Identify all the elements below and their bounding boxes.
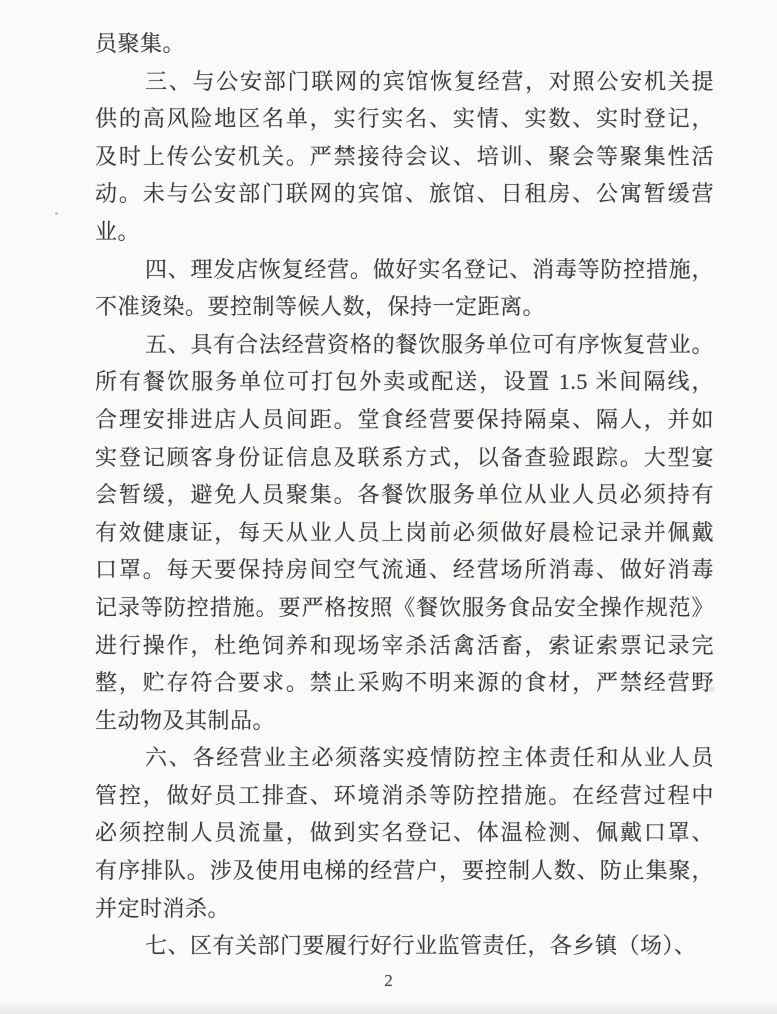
text-line: 五、具有合法经营资格的餐饮服务单位可有序恢复营业。 <box>95 326 714 364</box>
scan-speck <box>709 686 715 692</box>
text-line: 并定时消杀。 <box>95 890 714 928</box>
text-line: 有序排队。涉及使用电梯的经营户，要控制人数、防止集聚， <box>95 852 714 890</box>
scan-speck <box>55 212 58 215</box>
text-line: 实登记顾客身份证信息及联系方式，以备查验跟踪。大型宴 <box>95 439 714 477</box>
document-body: 员聚集。三、与公安部门联网的宾馆恢复经营，对照公安机关提供的高风险地区名单，实行… <box>95 25 714 965</box>
text-line: 业。 <box>95 213 714 251</box>
text-line: 四、理发店恢复经营。做好实名登记、消毒等防控措施， <box>95 251 714 289</box>
text-line: 生动物及其制品。 <box>95 702 714 740</box>
text-line: 所有餐饮服务单位可打包外卖或配送，设置 1.5 米间隔线， <box>95 363 714 401</box>
text-line: 整，贮存符合要求。禁止采购不明来源的食材，严禁经营野 <box>95 664 714 702</box>
text-line: 记录等防控措施。要严格按照《餐饮服务食品安全操作规范》 <box>95 589 714 627</box>
text-line: 供的高风险地区名单，实行实名、实情、实数、实时登记， <box>95 100 714 138</box>
text-line: 六、各经营业主必须落实疫情防控主体责任和从业人员 <box>95 739 714 777</box>
text-line: 动。未与公安部门联网的宾馆、旅馆、日租房、公寓暂缓营 <box>95 175 714 213</box>
page-number: 2 <box>0 971 777 991</box>
text-line: 进行操作，杜绝饲养和现场宰杀活禽活畜，索证索票记录完 <box>95 627 714 665</box>
text-line: 有效健康证，每天从业人员上岗前必须做好晨检记录并佩戴 <box>95 514 714 552</box>
text-line: 合理安排进店人员间距。堂食经营要保持隔桌、隔人，并如 <box>95 401 714 439</box>
document-page: 员聚集。三、与公安部门联网的宾馆恢复经营，对照公安机关提供的高风险地区名单，实行… <box>0 0 777 1014</box>
text-line: 七、区有关部门要履行好行业监管责任，各乡镇（场）、 <box>95 927 714 965</box>
text-line: 不准烫染。要控制等候人数，保持一定距离。 <box>95 288 714 326</box>
text-line: 及时上传公安机关。严禁接待会议、培训、聚会等聚集性活 <box>95 138 714 176</box>
text-line: 员聚集。 <box>95 25 714 63</box>
text-line: 必须控制人员流量，做到实名登记、体温检测、佩戴口罩、 <box>95 814 714 852</box>
text-line: 口罩。每天要保持房间空气流通、经营场所消毒、做好消毒 <box>95 551 714 589</box>
text-line: 会暂缓，避免人员聚集。各餐饮服务单位从业人员必须持有 <box>95 476 714 514</box>
text-line: 管控，做好员工排查、环境消杀等防控措施。在经营过程中 <box>95 777 714 815</box>
text-line: 三、与公安部门联网的宾馆恢复经营，对照公安机关提 <box>95 63 714 101</box>
